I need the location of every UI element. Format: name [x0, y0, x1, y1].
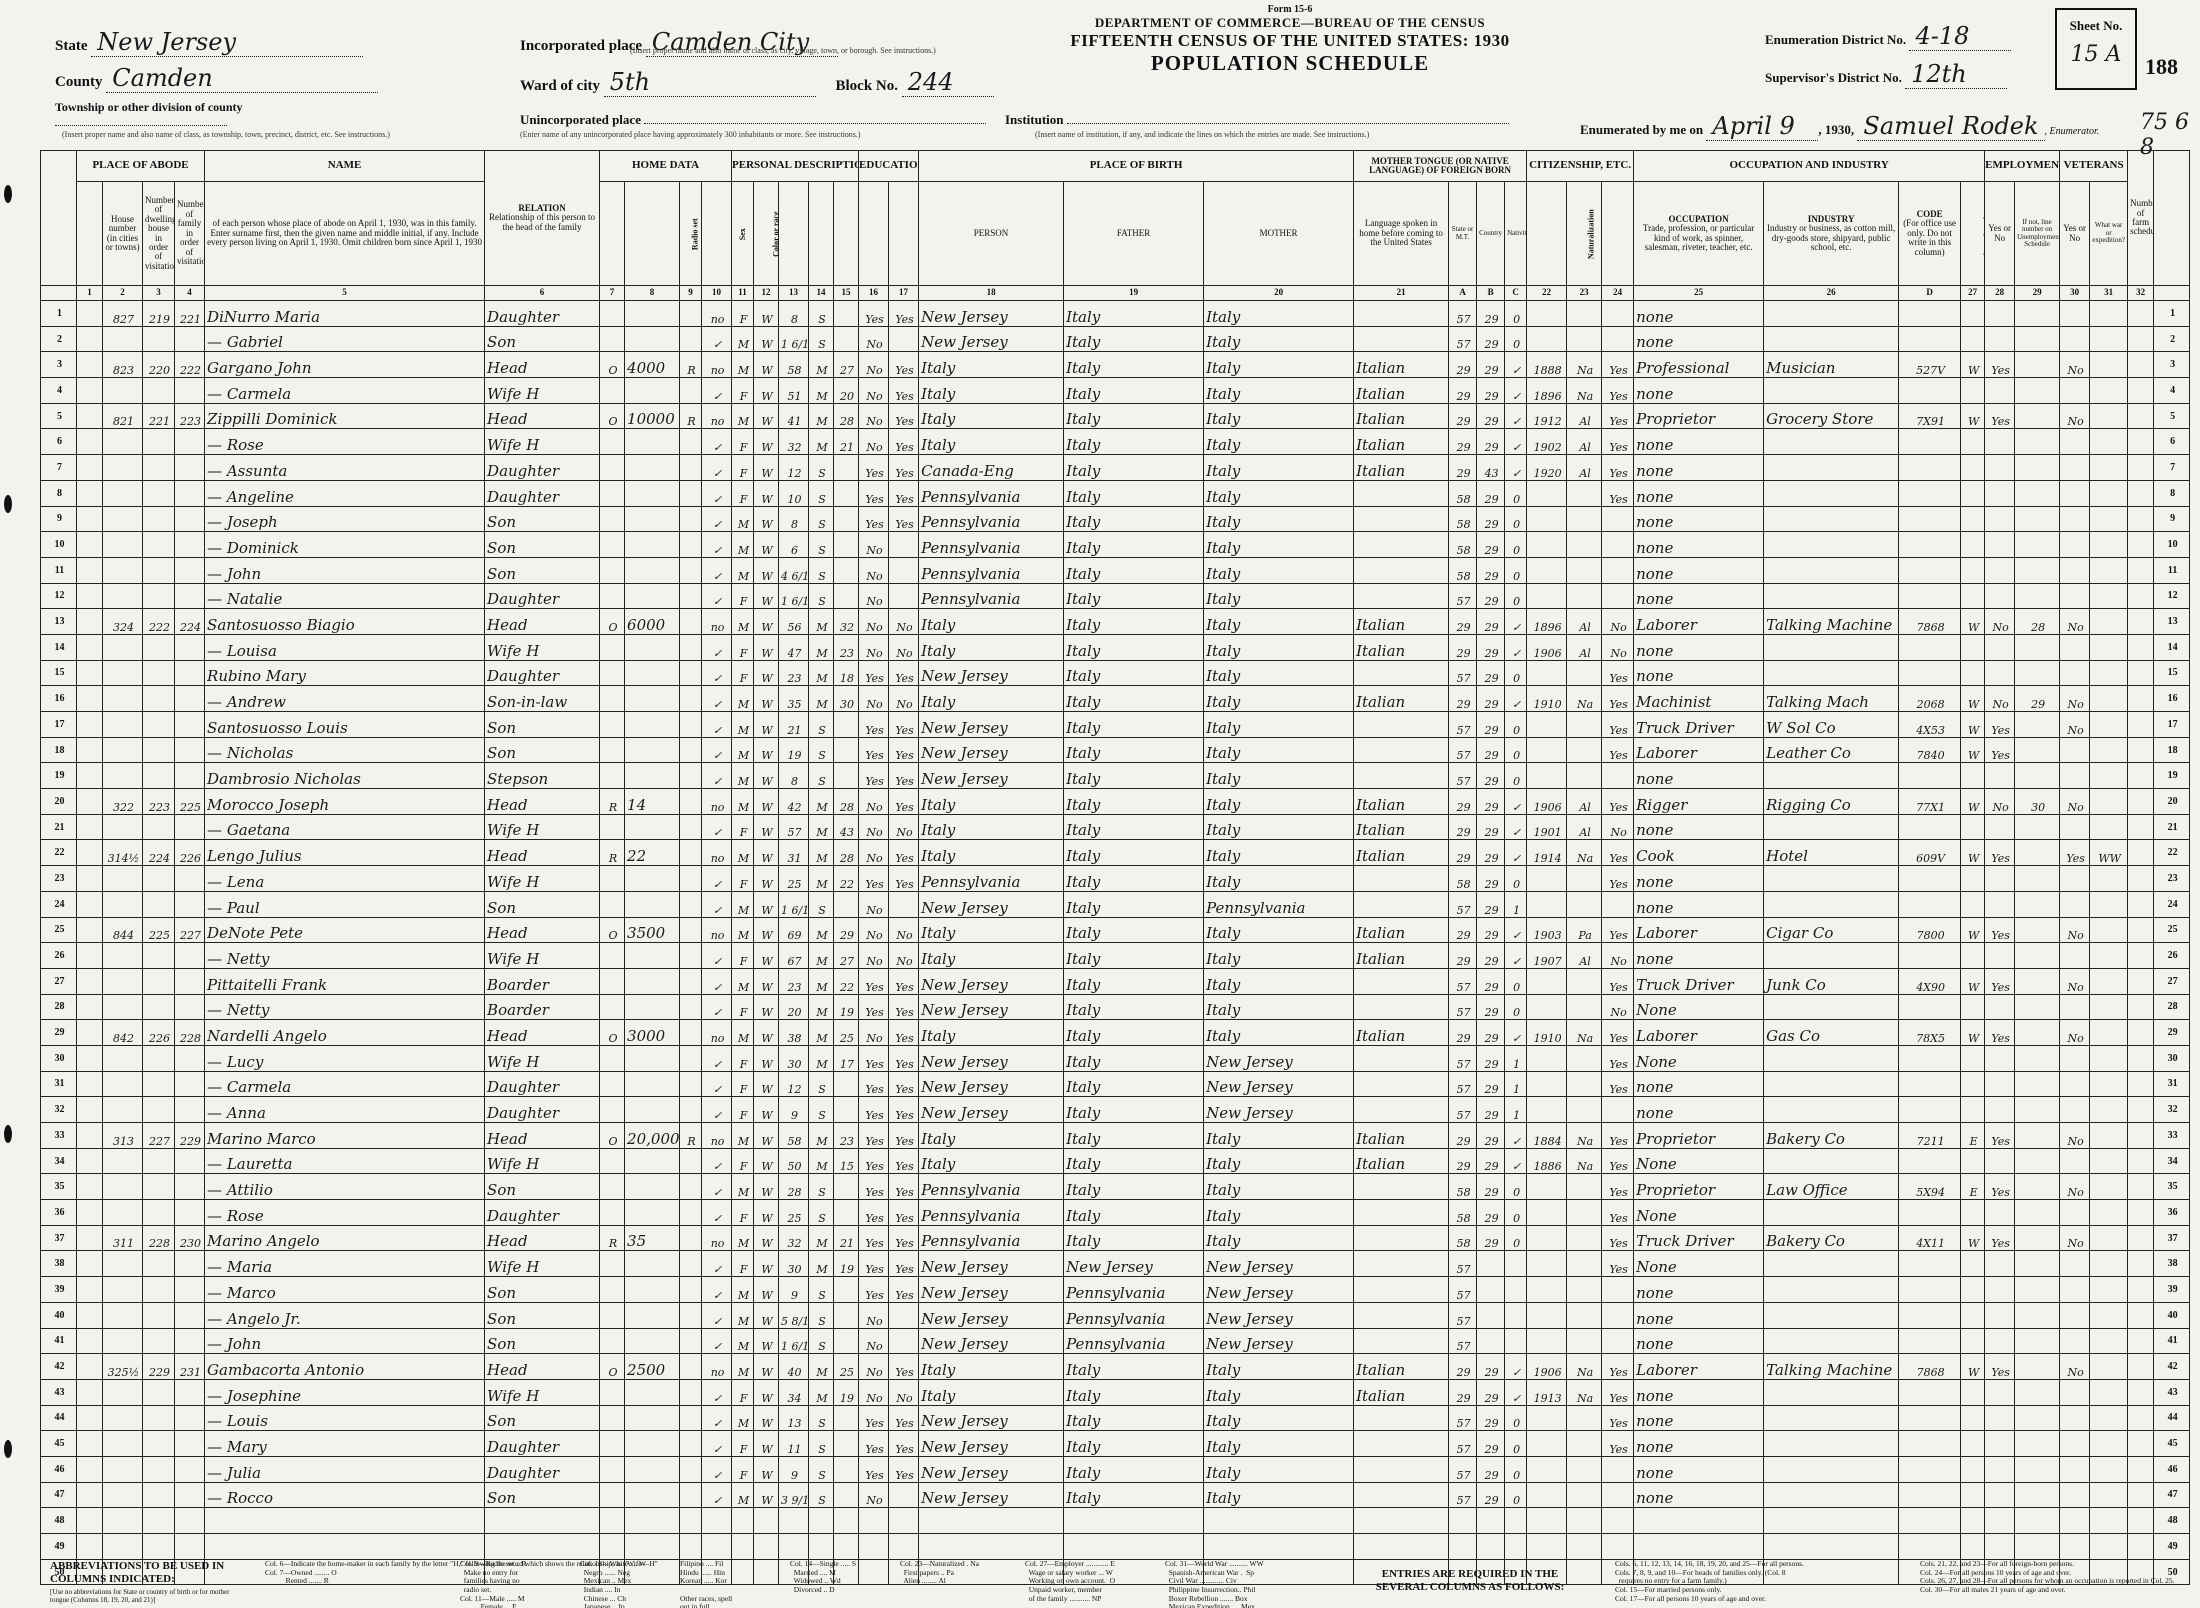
family-number-cell	[175, 1456, 205, 1482]
read-write-cell: Yes	[889, 866, 919, 892]
speak-english-cell: Yes	[1602, 429, 1634, 455]
person-name-cell: — John	[205, 557, 485, 583]
table-row: 23— LenaWife H✓FW25M22YesYesPennsylvania…	[41, 866, 2190, 892]
birthplace-mother-cell	[1204, 1534, 1354, 1560]
birthplace-father-cell: Italy	[1064, 583, 1204, 609]
home-owned-cell	[600, 1071, 625, 1097]
line-number: 24	[41, 891, 77, 917]
code-c-cell: ✓	[1505, 455, 1527, 481]
occupation-cell: none	[1634, 1482, 1764, 1508]
marital-cell: M	[809, 1251, 834, 1277]
war-cell	[2090, 480, 2128, 506]
house-number-cell	[103, 1405, 143, 1431]
class-of-worker-cell	[1961, 660, 1985, 686]
dwelling-number-cell: 219	[143, 301, 175, 327]
language-cell	[1354, 557, 1449, 583]
read-write-cell: Yes	[889, 1148, 919, 1174]
speak-english-cell	[1602, 1482, 1634, 1508]
birthplace-mother-cell: Pennsylvania	[1204, 891, 1354, 917]
read-write-cell	[889, 1328, 919, 1354]
at-work-cell: Yes	[1985, 737, 2015, 763]
industry-cell	[1764, 660, 1899, 686]
birthplace-mother-cell: Italy	[1204, 634, 1354, 660]
birthplace-person-cell: Italy	[919, 686, 1064, 712]
occupation-cell: none	[1634, 506, 1764, 532]
street-cell	[77, 326, 103, 352]
occupation-code-cell	[1899, 326, 1961, 352]
naturalization-cell	[1567, 506, 1602, 532]
marital-cell: M	[809, 1354, 834, 1380]
occupation-code-cell	[1899, 429, 1961, 455]
school-cell: No	[859, 557, 889, 583]
code-b-cell: 29	[1477, 1020, 1505, 1046]
code-a-cell: 29	[1449, 1379, 1477, 1405]
naturalization-cell	[1567, 301, 1602, 327]
read-write-cell: Yes	[889, 1123, 919, 1149]
age-cell: 25	[779, 1200, 809, 1226]
farm-cell: ✓	[702, 1251, 732, 1277]
person-name-cell: — Mary	[205, 1431, 485, 1457]
language-cell: Italian	[1354, 609, 1449, 635]
home-owned-cell: R	[600, 840, 625, 866]
veteran-cell: No	[2060, 917, 2090, 943]
at-work-cell	[1985, 634, 2015, 660]
farm-cell: ✓	[702, 378, 732, 404]
race-cell: W	[754, 1354, 779, 1380]
race-cell: W	[754, 1302, 779, 1328]
unemployment-line-cell: 29	[2015, 686, 2060, 712]
family-number-cell	[175, 737, 205, 763]
code-b-cell: 29	[1477, 814, 1505, 840]
occupation-code-cell	[1899, 1071, 1961, 1097]
race-cell: W	[754, 737, 779, 763]
code-b-cell	[1477, 1534, 1505, 1560]
column-number: 22	[1527, 286, 1567, 301]
unemployment-line-cell	[2015, 891, 2060, 917]
age-cell: 25	[779, 866, 809, 892]
line-number: 41	[41, 1328, 77, 1354]
class-of-worker-cell	[1961, 1251, 1985, 1277]
marital-cell: M	[809, 429, 834, 455]
birthplace-person-cell: Italy	[919, 917, 1064, 943]
farm-cell: ✓	[702, 1071, 732, 1097]
person-name-cell: — Rocco	[205, 1482, 485, 1508]
naturalization-cell	[1567, 1277, 1602, 1303]
occupation-cell: Proprietor	[1634, 1174, 1764, 1200]
birthplace-person-cell: Italy	[919, 1020, 1064, 1046]
naturalization-cell: Al	[1567, 429, 1602, 455]
relation-cell: Son	[485, 532, 600, 558]
farm-cell: ✓	[702, 455, 732, 481]
read-write-cell: Yes	[889, 1097, 919, 1123]
street-cell	[77, 891, 103, 917]
street-cell	[77, 1277, 103, 1303]
dwelling-number-cell	[143, 994, 175, 1020]
occupation-cell: none	[1634, 1097, 1764, 1123]
sex-cell: F	[732, 1097, 754, 1123]
house-number-cell	[103, 583, 143, 609]
dwelling-number-cell: 221	[143, 403, 175, 429]
farm-schedule-cell	[2128, 1123, 2154, 1149]
dwelling-number-cell	[143, 557, 175, 583]
unemployment-line-cell	[2015, 1200, 2060, 1226]
birthplace-father-cell: Italy	[1064, 994, 1204, 1020]
code-c-cell: 1	[1505, 1045, 1527, 1071]
home-owned-cell	[600, 1456, 625, 1482]
relation-cell: Wife H	[485, 378, 600, 404]
marital-cell: M	[809, 609, 834, 635]
code-c-cell: 0	[1505, 301, 1527, 327]
language-cell: Italian	[1354, 634, 1449, 660]
header-language: Language spoken in home before coming to…	[1354, 182, 1449, 286]
sex-cell: M	[732, 1225, 754, 1251]
header-name: of each person whose place of abode on A…	[205, 182, 485, 286]
age-first-marriage-cell: 27	[834, 943, 859, 969]
age-first-marriage-cell	[834, 763, 859, 789]
birthplace-mother-cell: New Jersey	[1204, 1045, 1354, 1071]
line-number: 45	[2154, 1431, 2190, 1457]
birthplace-father-cell: Italy	[1064, 301, 1204, 327]
sex-cell: F	[732, 1200, 754, 1226]
class-of-worker-cell	[1961, 1277, 1985, 1303]
farm-cell: ✓	[702, 686, 732, 712]
read-write-cell	[889, 557, 919, 583]
column-number: 21	[1354, 286, 1449, 301]
line-number: 38	[2154, 1251, 2190, 1277]
language-cell	[1354, 1405, 1449, 1431]
speak-english-cell: Yes	[1602, 1354, 1634, 1380]
race-cell: W	[754, 917, 779, 943]
naturalization-cell: Al	[1567, 789, 1602, 815]
age-cell: 30	[779, 1045, 809, 1071]
farm-cell: no	[702, 1020, 732, 1046]
birthplace-person-cell: New Jersey	[919, 326, 1064, 352]
naturalization-cell	[1567, 1431, 1602, 1457]
marital-cell: S	[809, 1482, 834, 1508]
unemployment-line-cell	[2015, 1354, 2060, 1380]
line-number: 7	[2154, 455, 2190, 481]
birthplace-father-cell	[1064, 1508, 1204, 1534]
race-cell: W	[754, 1405, 779, 1431]
department-title: DEPARTMENT OF COMMERCE—BUREAU OF THE CEN…	[1040, 15, 1540, 31]
birthplace-mother-cell: Italy	[1204, 1200, 1354, 1226]
industry-cell	[1764, 326, 1899, 352]
read-write-cell: No	[889, 609, 919, 635]
farm-schedule-cell	[2128, 1405, 2154, 1431]
occupation-cell: none	[1634, 1456, 1764, 1482]
read-write-cell	[889, 1482, 919, 1508]
veteran-cell: No	[2060, 968, 2090, 994]
family-number-cell	[175, 1431, 205, 1457]
dwelling-number-cell	[143, 1277, 175, 1303]
race-cell: W	[754, 1379, 779, 1405]
group-mother-tongue: MOTHER TONGUE (OR NATIVE LANGUAGE) OF FO…	[1354, 151, 1527, 182]
unemployment-line-cell	[2015, 1379, 2060, 1405]
house-number-cell: 844	[103, 917, 143, 943]
at-work-cell	[1985, 378, 2015, 404]
house-number-cell	[103, 1200, 143, 1226]
naturalization-cell	[1567, 557, 1602, 583]
naturalization-cell	[1567, 1456, 1602, 1482]
code-b-cell: 29	[1477, 1379, 1505, 1405]
person-name-cell: Rubino Mary	[205, 660, 485, 686]
state-value: New Jersey	[91, 28, 363, 57]
dwelling-number-cell	[143, 480, 175, 506]
birthplace-person-cell: New Jersey	[919, 712, 1064, 738]
unemployment-line-cell	[2015, 1071, 2060, 1097]
naturalization-cell	[1567, 1097, 1602, 1123]
occupation-cell: Laborer	[1634, 917, 1764, 943]
class-of-worker-cell: W	[1961, 1354, 1985, 1380]
line-number: 7	[41, 455, 77, 481]
class-of-worker-cell: E	[1961, 1123, 1985, 1149]
birthplace-person-cell: New Jersey	[919, 1431, 1064, 1457]
naturalization-cell: Al	[1567, 609, 1602, 635]
code-c-cell: 0	[1505, 1482, 1527, 1508]
street-cell	[77, 1200, 103, 1226]
column-number: 12	[754, 286, 779, 301]
code-b-cell: 29	[1477, 917, 1505, 943]
industry-cell	[1764, 1431, 1899, 1457]
industry-cell	[1764, 1508, 1899, 1534]
street-cell	[77, 480, 103, 506]
immigration-year-cell: 1906	[1527, 789, 1567, 815]
enumerator-name: Samuel Rodek	[1857, 112, 2044, 141]
age-cell: 50	[779, 1148, 809, 1174]
marital-cell: M	[809, 994, 834, 1020]
radio-cell	[680, 326, 702, 352]
at-work-cell	[1985, 1405, 2015, 1431]
unemployment-line-cell	[2015, 1302, 2060, 1328]
class-of-worker-cell	[1961, 1045, 1985, 1071]
age-first-marriage-cell	[834, 1508, 859, 1534]
home-value-cell	[625, 532, 680, 558]
home-owned-cell: O	[600, 352, 625, 378]
farm-cell: ✓	[702, 480, 732, 506]
at-work-cell	[1985, 1251, 2015, 1277]
person-name-cell: — Angeline	[205, 480, 485, 506]
family-number-cell	[175, 1174, 205, 1200]
marital-cell: M	[809, 660, 834, 686]
birthplace-father-cell	[1064, 1534, 1204, 1560]
home-owned-cell	[600, 1200, 625, 1226]
read-write-cell: Yes	[889, 660, 919, 686]
industry-cell: Law Office	[1764, 1174, 1899, 1200]
radio-cell	[680, 1431, 702, 1457]
age-cell: 42	[779, 789, 809, 815]
dwelling-number-cell: 226	[143, 1020, 175, 1046]
sheet-number: 15 A	[2057, 42, 2135, 67]
industry-cell	[1764, 532, 1899, 558]
language-cell: Italian	[1354, 1354, 1449, 1380]
home-value-cell: 2500	[625, 1354, 680, 1380]
at-work-cell: No	[1985, 609, 2015, 635]
read-write-cell: Yes	[889, 737, 919, 763]
race-cell: W	[754, 1045, 779, 1071]
code-a-cell: 57	[1449, 301, 1477, 327]
code-c-cell: ✓	[1505, 352, 1527, 378]
code-b-cell: 29	[1477, 1045, 1505, 1071]
home-owned-cell	[600, 943, 625, 969]
war-cell	[2090, 1174, 2128, 1200]
at-work-cell	[1985, 814, 2015, 840]
table-row: 27Pittaitelli FrankBoarder✓MW23M22YesYes…	[41, 968, 2190, 994]
veteran-cell	[2060, 1328, 2090, 1354]
group-name: NAME	[205, 151, 485, 182]
naturalization-cell	[1567, 866, 1602, 892]
dwelling-number-cell	[143, 1251, 175, 1277]
race-cell: W	[754, 994, 779, 1020]
age-first-marriage-cell	[834, 455, 859, 481]
dwelling-number-cell	[143, 583, 175, 609]
line-number: 27	[2154, 968, 2190, 994]
farm-cell: no	[702, 1354, 732, 1380]
home-owned-cell	[600, 557, 625, 583]
industry-cell: Talking Machine Co	[1764, 1354, 1899, 1380]
dwelling-number-cell	[143, 686, 175, 712]
family-number-cell	[175, 1328, 205, 1354]
street-cell	[77, 532, 103, 558]
marital-cell: M	[809, 840, 834, 866]
code-c-cell: 1	[1505, 1097, 1527, 1123]
column-number: 8	[625, 286, 680, 301]
house-number-cell	[103, 634, 143, 660]
war-cell	[2090, 891, 2128, 917]
line-number: 1	[41, 301, 77, 327]
read-write-cell: No	[889, 1379, 919, 1405]
home-owned-cell	[600, 1431, 625, 1457]
house-number-cell	[103, 968, 143, 994]
dwelling-number-cell: 225	[143, 917, 175, 943]
birthplace-father-cell: Italy	[1064, 1045, 1204, 1071]
home-value-cell	[625, 866, 680, 892]
house-number-cell	[103, 1456, 143, 1482]
code-b-cell: 43	[1477, 455, 1505, 481]
age-first-marriage-cell	[834, 1534, 859, 1560]
unemployment-line-cell	[2015, 455, 2060, 481]
header-sex: Sex	[732, 182, 754, 286]
class-of-worker-cell: W	[1961, 686, 1985, 712]
occupation-code-cell: 4X90	[1899, 968, 1961, 994]
age-first-marriage-cell	[834, 1302, 859, 1328]
house-number-cell	[103, 378, 143, 404]
naturalization-cell: Na	[1567, 1354, 1602, 1380]
home-value-cell	[625, 994, 680, 1020]
read-write-cell	[889, 1302, 919, 1328]
language-cell: Italian	[1354, 686, 1449, 712]
read-write-cell: No	[889, 686, 919, 712]
dwelling-number-cell	[143, 1071, 175, 1097]
farm-cell: ✓	[702, 1379, 732, 1405]
code-a-cell: 57	[1449, 994, 1477, 1020]
occupation-code-cell	[1899, 1534, 1961, 1560]
occupation-code-cell	[1899, 532, 1961, 558]
read-write-cell: Yes	[889, 1277, 919, 1303]
school-cell: No	[859, 1354, 889, 1380]
birthplace-person-cell: Italy	[919, 840, 1064, 866]
home-value-cell: 6000	[625, 609, 680, 635]
class-of-worker-cell	[1961, 1379, 1985, 1405]
race-cell: W	[754, 1148, 779, 1174]
person-name-cell: DiNurro Maria	[205, 301, 485, 327]
race-cell: W	[754, 1277, 779, 1303]
birthplace-person-cell: Italy	[919, 429, 1064, 455]
home-value-cell	[625, 686, 680, 712]
family-number-cell: 225	[175, 789, 205, 815]
column-number: 32	[2128, 286, 2154, 301]
school-cell: Yes	[859, 1277, 889, 1303]
birthplace-father-cell: Italy	[1064, 1148, 1204, 1174]
occupation-code-cell	[1899, 583, 1961, 609]
code-a-cell: 29	[1449, 609, 1477, 635]
table-row: 9— JosephSon✓MW8SYesYesPennsylvaniaItaly…	[41, 506, 2190, 532]
language-cell	[1354, 968, 1449, 994]
industry-cell	[1764, 455, 1899, 481]
family-number-cell	[175, 712, 205, 738]
class-of-worker-cell	[1961, 866, 1985, 892]
occupation-cell: Professional	[1634, 352, 1764, 378]
occupation-cell: none	[1634, 1405, 1764, 1431]
code-b-cell: 29	[1477, 1174, 1505, 1200]
immigration-year-cell: 1912	[1527, 403, 1567, 429]
birthplace-mother-cell: Italy	[1204, 1431, 1354, 1457]
read-write-cell: Yes	[889, 480, 919, 506]
age-cell: 58	[779, 352, 809, 378]
header-farm: Does this family live on a farm?	[702, 182, 732, 286]
code-a-cell: 57	[1449, 1431, 1477, 1457]
birthplace-father-cell: Italy	[1064, 1123, 1204, 1149]
immigration-year-cell	[1527, 737, 1567, 763]
occupation-code-cell	[1899, 994, 1961, 1020]
occupation-code-cell	[1899, 557, 1961, 583]
marital-cell: S	[809, 557, 834, 583]
age-cell: 1 6/12	[779, 891, 809, 917]
relation-cell: Head	[485, 1123, 600, 1149]
sex-cell: M	[732, 1302, 754, 1328]
code-a-cell: 58	[1449, 1225, 1477, 1251]
family-number-cell: 228	[175, 1020, 205, 1046]
code-b-cell: 29	[1477, 403, 1505, 429]
immigration-year-cell	[1527, 712, 1567, 738]
age-cell: 30	[779, 1251, 809, 1277]
line-number: 8	[41, 480, 77, 506]
marital-cell: S	[809, 1277, 834, 1303]
line-number: 16	[2154, 686, 2190, 712]
code-c-cell	[1505, 1251, 1527, 1277]
birthplace-person-cell: Pennsylvania	[919, 557, 1064, 583]
farm-schedule-cell	[2128, 1534, 2154, 1560]
race-cell: W	[754, 1123, 779, 1149]
line-number: 5	[41, 403, 77, 429]
code-c-cell: ✓	[1505, 840, 1527, 866]
birthplace-father-cell: New Jersey	[1064, 1251, 1204, 1277]
line-number: 23	[41, 866, 77, 892]
column-number: 31	[2090, 286, 2128, 301]
relation-cell: Son-in-law	[485, 686, 600, 712]
speak-english-cell: No	[1602, 609, 1634, 635]
line-number: 24	[2154, 891, 2190, 917]
class-of-worker-cell: W	[1961, 352, 1985, 378]
naturalization-cell	[1567, 1405, 1602, 1431]
township-hint: (Insert proper name and also name of cla…	[62, 130, 390, 139]
marital-cell: S	[809, 712, 834, 738]
relation-cell: Son	[485, 1482, 600, 1508]
read-write-cell: Yes	[889, 968, 919, 994]
person-name-cell: — John	[205, 1328, 485, 1354]
family-number-cell	[175, 1148, 205, 1174]
naturalization-cell	[1567, 1045, 1602, 1071]
code-a-cell	[1449, 1508, 1477, 1534]
